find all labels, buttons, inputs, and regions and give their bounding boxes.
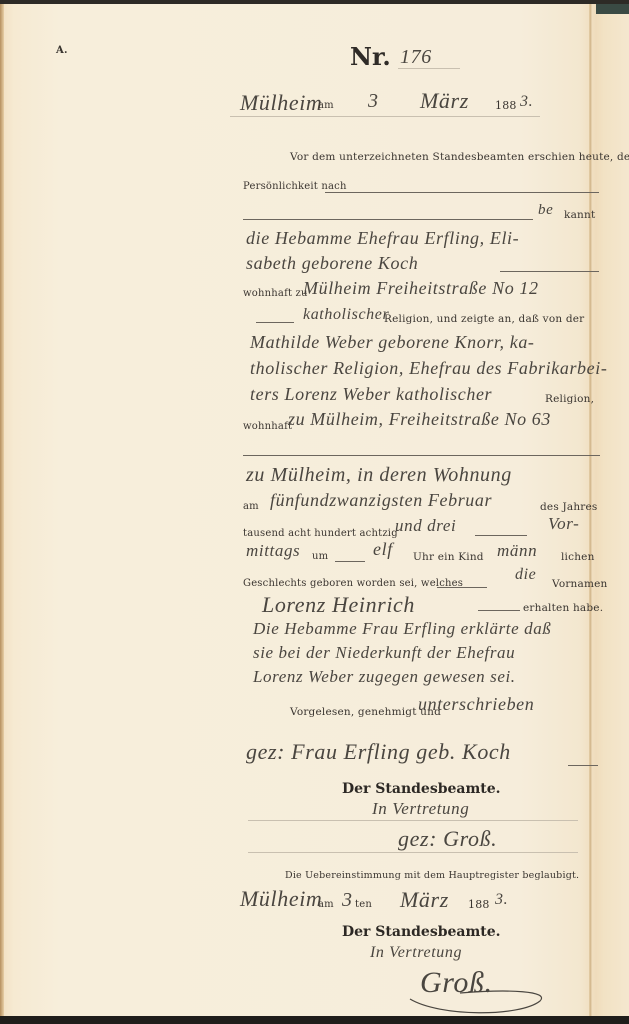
register-page: A. Nr. 176 Mülheim am 3 März 188 3. Vor … xyxy=(0,4,629,1016)
bekannt-line xyxy=(243,219,533,220)
vertretung-hand: In Vertretung xyxy=(372,799,469,819)
year-hand: und drei xyxy=(395,516,456,536)
unterschrieben-hand: unterschrieben xyxy=(418,694,534,715)
des-jahres-label: des Jahres xyxy=(540,501,598,513)
cert-vertretung: In Vertretung xyxy=(370,944,462,962)
cert-year-prefix: 188 xyxy=(468,898,490,911)
official-signature: gez: Groß. xyxy=(398,826,497,852)
wohnhaft-label-2: wohnhaft xyxy=(243,421,292,432)
number-underline xyxy=(398,68,460,69)
informant-signature: gez: Frau Erfling geb. Koch xyxy=(246,739,511,765)
informant-religion: katholischer xyxy=(303,306,389,324)
bekannt-printed: kannt xyxy=(564,209,595,221)
header-month: März xyxy=(420,88,469,114)
vornamen-label: Vornamen xyxy=(552,578,608,590)
note-line-2: sie bei der Niederkunft der Ehefrau xyxy=(253,643,515,663)
mother-line-1: Mathilde Weber geborene Knorr, ka- xyxy=(250,332,535,353)
mother-line-3: ters Lorenz Weber katholischer xyxy=(250,384,492,405)
standesbeamte-heading: Der Standesbeamte. xyxy=(342,781,501,797)
signature-line-1 xyxy=(248,820,578,821)
informant-fill-line xyxy=(500,271,599,272)
wohnhaft-label: wohnhaft zu xyxy=(243,288,308,299)
cert-day: 3 xyxy=(342,889,353,912)
signature-line-2 xyxy=(248,852,578,853)
header-year-prefix: 188 xyxy=(495,99,517,112)
persoenlichkeit-line xyxy=(325,192,599,193)
book-binding xyxy=(596,4,629,14)
bekannt-hand: be xyxy=(538,202,553,219)
article-hand: die xyxy=(515,566,536,584)
uhr-label: Uhr ein Kind xyxy=(413,551,484,563)
informant-address: Mülheim Freiheitstraße No 12 xyxy=(303,278,539,299)
header-place: Mülheim xyxy=(240,90,322,116)
informant-line-2: sabeth geborene Koch xyxy=(246,253,418,274)
cert-year-suffix: 3. xyxy=(495,891,508,909)
religion-dash xyxy=(256,322,294,323)
child-sex: männ xyxy=(497,541,537,561)
article-fill-line xyxy=(437,587,487,588)
header-day: 3 xyxy=(368,90,379,113)
header-year-suffix: 3. xyxy=(520,93,533,111)
signature-dash xyxy=(568,765,598,766)
birth-date: fünfundzwanzigsten Februar xyxy=(270,490,492,511)
cert-place: Mülheim xyxy=(240,886,322,912)
intro-text: Vor dem unterzeichneten Standesbeamten e… xyxy=(290,151,600,163)
note-line-3: Lorenz Weber zugegen gewesen sei. xyxy=(253,667,516,687)
number-label: Nr. xyxy=(350,42,391,71)
birth-hour: elf xyxy=(373,539,393,560)
parents-address: zu Mülheim, Freiheitstraße No 63 xyxy=(288,409,551,430)
signature-flourish xyxy=(400,979,550,1016)
form-marker: A. xyxy=(56,45,68,56)
header-am: am xyxy=(318,100,334,111)
religion-text-2: Religion, xyxy=(545,393,594,405)
separator-line xyxy=(243,455,600,456)
name-fill-line xyxy=(478,610,520,611)
um-label: um xyxy=(312,551,328,562)
informant-line-1: die Hebamme Ehefrau Erfling, Eli- xyxy=(246,228,519,249)
book-bottom-edge xyxy=(0,1016,629,1024)
cert-am: am xyxy=(318,899,334,910)
erhalten-text: erhalten habe. xyxy=(523,602,603,614)
persoenlichkeit-label: Persönlichkeit nach xyxy=(243,181,347,192)
lichen-label: lichen xyxy=(561,551,595,563)
hour-fill-line xyxy=(335,561,365,562)
time-of-day-1: Vor- xyxy=(548,514,579,534)
cert-standesbeamte-heading: Der Standesbeamte. xyxy=(342,924,501,940)
child-name: Lorenz Heinrich xyxy=(262,592,415,618)
geschlechts-text: Geschlechts geboren worden sei, welches xyxy=(243,578,463,589)
cert-day-suffix: ten xyxy=(355,899,372,910)
mother-line-2: tholischer Religion, Ehefrau des Fabrika… xyxy=(250,358,607,379)
birthplace: zu Mülheim, in deren Wohnung xyxy=(246,464,512,487)
cert-month: März xyxy=(400,887,449,913)
time-of-day-2: mittags xyxy=(246,541,300,561)
record-number: 176 xyxy=(400,46,432,69)
note-line-1: Die Hebamme Frau Erfling erklärte daß xyxy=(253,619,551,639)
year-fill-line xyxy=(475,535,527,536)
header-underline xyxy=(230,116,540,117)
religion-text-1: Religion, und zeigte an, daß von der xyxy=(384,313,584,325)
year-printed: tausend acht hundert achtzig xyxy=(243,528,398,539)
certification-text: Die Uebereinstimmung mit dem Hauptregist… xyxy=(285,870,579,881)
am-label: am xyxy=(243,501,259,512)
